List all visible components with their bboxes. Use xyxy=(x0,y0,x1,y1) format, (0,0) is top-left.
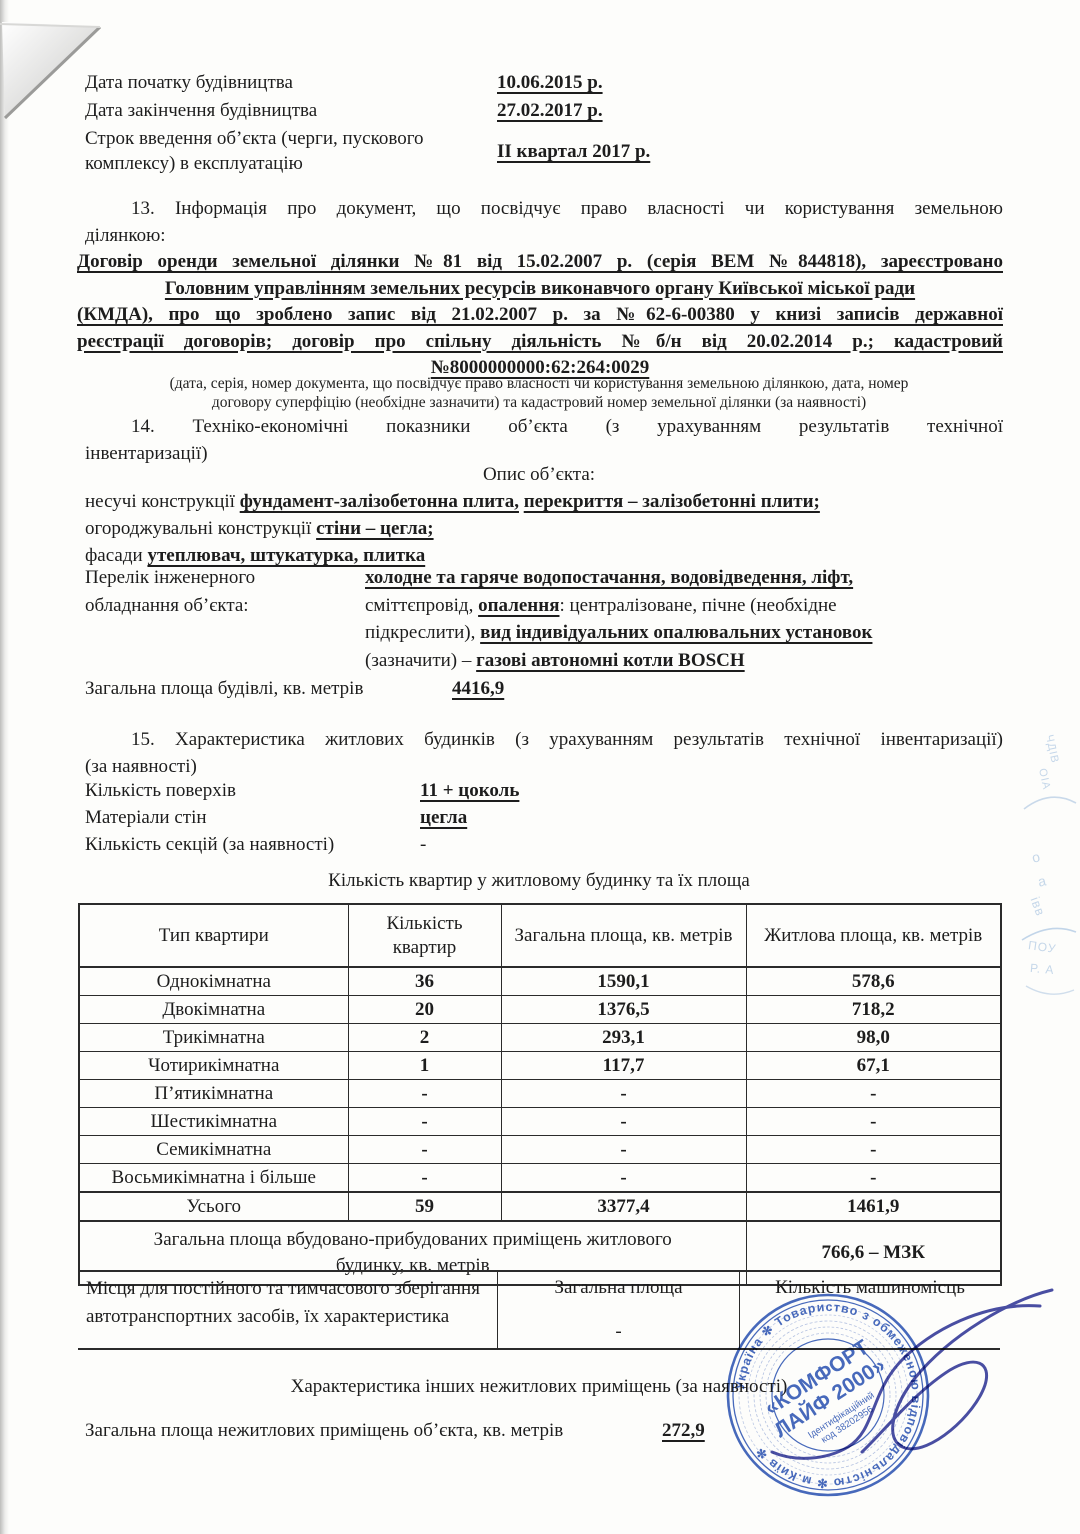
field-commissioning-value: ІІ квартал 2017 р. xyxy=(497,139,650,164)
table-row: Однокімнатна361590,1578,6 xyxy=(79,967,1001,996)
equipment-label-line2: обладнання об’єкта: xyxy=(85,592,360,620)
cell-type: Шестикімнатна xyxy=(79,1108,348,1136)
deed-note: (дата, серія, номер документа, що посвід… xyxy=(80,374,998,412)
cell-type: Чотирикімнатна xyxy=(79,1052,348,1080)
scanned-document-page: Дата початку будівництва 10.06.2015 р. Д… xyxy=(0,0,1080,1534)
field-end-date-value: 27.02.2017 р. xyxy=(497,98,603,123)
deed-note-line2: договору суперфіцію (необхідне зазначити… xyxy=(80,393,998,412)
equip-l3-underlined: вид індивідуальних опалювальних установо… xyxy=(480,622,872,643)
cell-total-area-total: 3377,4 xyxy=(501,1192,746,1221)
cell-living-area: - xyxy=(746,1108,1001,1136)
wall-material-label: Матеріали стін xyxy=(85,805,207,830)
nonresidential-area-label: Загальна площа нежитлових приміщень об’є… xyxy=(85,1418,563,1443)
cell-living-area: - xyxy=(746,1164,1001,1193)
deed-line: Договір оренди земельної ділянки №81 від… xyxy=(77,249,1003,276)
deed-note-line1: (дата, серія, номер документа, що посвід… xyxy=(80,374,998,393)
edge-stamp-arc xyxy=(1022,795,1078,811)
nonresidential-area-value: 272,9 xyxy=(662,1418,705,1443)
section14-title-line1: 14. Техніко-економічні показники об’єкта… xyxy=(85,414,1003,439)
section15-title-line2: (за наявності) xyxy=(85,754,197,779)
field-commissioning-label: Строк введення об’єкта (черги, пускового… xyxy=(85,126,480,176)
cell-living-area: 67,1 xyxy=(746,1052,1001,1080)
equipment-label: Перелік інженерного обладнання об’єкта: xyxy=(85,564,360,620)
equipment-line-1: холодне та гаряче водопостачання, водові… xyxy=(365,564,985,592)
field-start-date-label: Дата початку будівництва xyxy=(85,70,485,95)
building-area-label: Загальна площа будівлі, кв. метрів xyxy=(85,676,363,701)
field-end-date-label: Дата закінчення будівництва xyxy=(85,98,485,123)
desc1-prefix: несучі конструкції xyxy=(85,491,240,512)
cell-count: - xyxy=(348,1108,501,1136)
header-apartment-count: Кількість квартир xyxy=(348,904,501,967)
floors-label: Кількість поверхів xyxy=(85,778,236,803)
sections-count-value: - xyxy=(420,832,426,857)
equip-l4-prefix: (зазначити) – xyxy=(365,650,476,671)
equipment-line-2: сміттєпровід, опалення: централізоване, … xyxy=(365,592,985,620)
cell-living-area-total: 1461,9 xyxy=(746,1192,1001,1221)
header-apartment-type: Тип квартири xyxy=(79,904,348,967)
cell-count: 2 xyxy=(348,1024,501,1052)
equipment-line-3: підкреслити), вид індивідуальних опалюва… xyxy=(365,619,985,647)
apartments-table: Тип квартири Кількість квартир Загальна … xyxy=(78,903,1002,1286)
signature xyxy=(740,1265,1070,1495)
section13-title-line1: 13. Інформація про документ, що посвідчу… xyxy=(85,196,1003,221)
cell-total-area: 293,1 xyxy=(501,1024,746,1052)
edge-stamp-arc xyxy=(1024,984,1076,998)
table-row: П’ятикімнатна--- xyxy=(79,1080,1001,1108)
cell-type: П’ятикімнатна xyxy=(79,1080,348,1108)
cell-total-area: - xyxy=(501,1108,746,1136)
cell-count: 20 xyxy=(348,996,501,1024)
description-line-2: огороджувальні конструкції стіни – цегла… xyxy=(85,516,1025,541)
table-row: Двокімнатна201376,5718,2 xyxy=(79,996,1001,1024)
header-total-area: Загальна площа, кв. метрів xyxy=(501,904,746,967)
table-row: Чотирикімнатна1117,767,1 xyxy=(79,1052,1001,1080)
cell-type: Восьмикімнатна і більше xyxy=(79,1164,348,1193)
parking-area-value: - xyxy=(615,1319,621,1344)
cell-count: 36 xyxy=(348,967,501,996)
apartments-table-header-row: Тип квартири Кількість квартир Загальна … xyxy=(79,904,1001,967)
equip-l3-prefix: підкреслити), xyxy=(365,622,480,643)
deed-line: (КМДА), про що зроблено запис від 21.02.… xyxy=(77,302,1003,329)
cell-total-area: - xyxy=(501,1136,746,1164)
desc2-prefix: огороджувальні конструкції xyxy=(85,518,316,539)
parking-description-cell: Місця для постійного та тимчасового збер… xyxy=(78,1272,498,1348)
desc1-underlined-2: перекриття – залізобетонні плити; xyxy=(524,491,820,512)
desc1-underlined-1: фундамент-залізобетонна плита, xyxy=(240,491,519,512)
parking-area-cell: Загальна площа - xyxy=(498,1272,740,1348)
cell-living-area: 578,6 xyxy=(746,967,1001,996)
cell-living-area: - xyxy=(746,1080,1001,1108)
equip-l2-underlined: опалення xyxy=(478,595,559,616)
cell-total-area: - xyxy=(501,1164,746,1193)
floors-value: 11 + цоколь xyxy=(420,778,519,803)
cell-count-total: 59 xyxy=(348,1192,501,1221)
edge-stamp-fragment: ЧДІВ xyxy=(1041,733,1061,765)
edge-stamp-fragment: івв xyxy=(1026,894,1049,918)
deed-line: реєстрації договорів; договір про спільн… xyxy=(77,329,1003,356)
cell-count: 1 xyxy=(348,1052,501,1080)
equip-l2-prefix: сміттєпровід, xyxy=(365,595,478,616)
scan-edge-shadow xyxy=(0,0,9,1534)
apartments-table-title: Кількість квартир у житловому будинку та… xyxy=(78,868,1000,893)
cell-living-area: 98,0 xyxy=(746,1024,1001,1052)
equip-l4-underlined: газові автономні котли BOSCH xyxy=(476,650,745,671)
header-living-area: Житлова площа, кв. метрів xyxy=(746,904,1001,967)
section15-title-line1: 15. Характеристика житлових будинків (з … xyxy=(85,727,1003,752)
cell-living-area: 718,2 xyxy=(746,996,1001,1024)
cell-total-area: 1376,5 xyxy=(501,996,746,1024)
edge-stamp-fragment: а xyxy=(1036,871,1048,891)
cell-count: - xyxy=(348,1080,501,1108)
land-deed-block: Договір оренди земельної ділянки №81 від… xyxy=(77,249,1003,382)
deed-line: Головним управлінням земельних ресурсів … xyxy=(77,276,1003,303)
desc3-underlined: утеплювач, штукатурка, плитка xyxy=(147,545,425,566)
desc3-prefix: фасади xyxy=(85,545,147,566)
cell-total-area: 1590,1 xyxy=(501,967,746,996)
cell-type: Однокімнатна xyxy=(79,967,348,996)
sections-count-label: Кількість секцій (за наявності) xyxy=(85,832,334,857)
cell-count: - xyxy=(348,1164,501,1193)
equip-l2-suffix: : централізоване, пічне (необхідне xyxy=(559,595,836,616)
edge-stamp-fragment: ОІА xyxy=(1035,767,1054,791)
object-description-title: Опис об’єкта: xyxy=(78,462,1000,487)
building-area-value: 4416,9 xyxy=(452,676,504,701)
table-row-total: Усього593377,41461,9 xyxy=(79,1192,1001,1221)
cell-total-area: - xyxy=(501,1080,746,1108)
edge-stamp-fragment: ПОУ xyxy=(1027,938,1057,958)
cell-type: Трикімнатна xyxy=(79,1024,348,1052)
section13-title-line2: ділянкою: xyxy=(85,223,166,248)
edge-stamp-fragment: Р. А xyxy=(1029,961,1055,979)
equipment-line-4: (зазначити) – газові автономні котли BOS… xyxy=(365,647,985,675)
desc2-underlined: стіни – цегла; xyxy=(316,518,433,539)
cell-living-area: - xyxy=(746,1136,1001,1164)
equipment-value: холодне та гаряче водопостачання, водові… xyxy=(365,564,985,674)
cell-type-total: Усього xyxy=(79,1192,348,1221)
wall-material-value: цегла xyxy=(420,805,467,830)
cell-type: Двокімнатна xyxy=(79,996,348,1024)
table-row: Шестикімнатна--- xyxy=(79,1108,1001,1136)
parking-area-header: Загальна площа xyxy=(554,1275,682,1300)
equipment-label-line1: Перелік інженерного xyxy=(85,564,360,592)
cell-count: - xyxy=(348,1136,501,1164)
table-row: Восьмикімнатна і більше--- xyxy=(79,1164,1001,1193)
description-line-1: несучі конструкції фундамент-залізобетон… xyxy=(85,489,1025,514)
table-row: Семикімнатна--- xyxy=(79,1136,1001,1164)
equip-l1-underlined: холодне та гаряче водопостачання, водові… xyxy=(365,567,853,588)
cell-total-area: 117,7 xyxy=(501,1052,746,1080)
table-row: Трикімнатна2293,198,0 xyxy=(79,1024,1001,1052)
field-start-date-value: 10.06.2015 р. xyxy=(497,70,603,95)
cell-type: Семикімнатна xyxy=(79,1136,348,1164)
edge-stamp-fragment: о xyxy=(1030,847,1042,867)
